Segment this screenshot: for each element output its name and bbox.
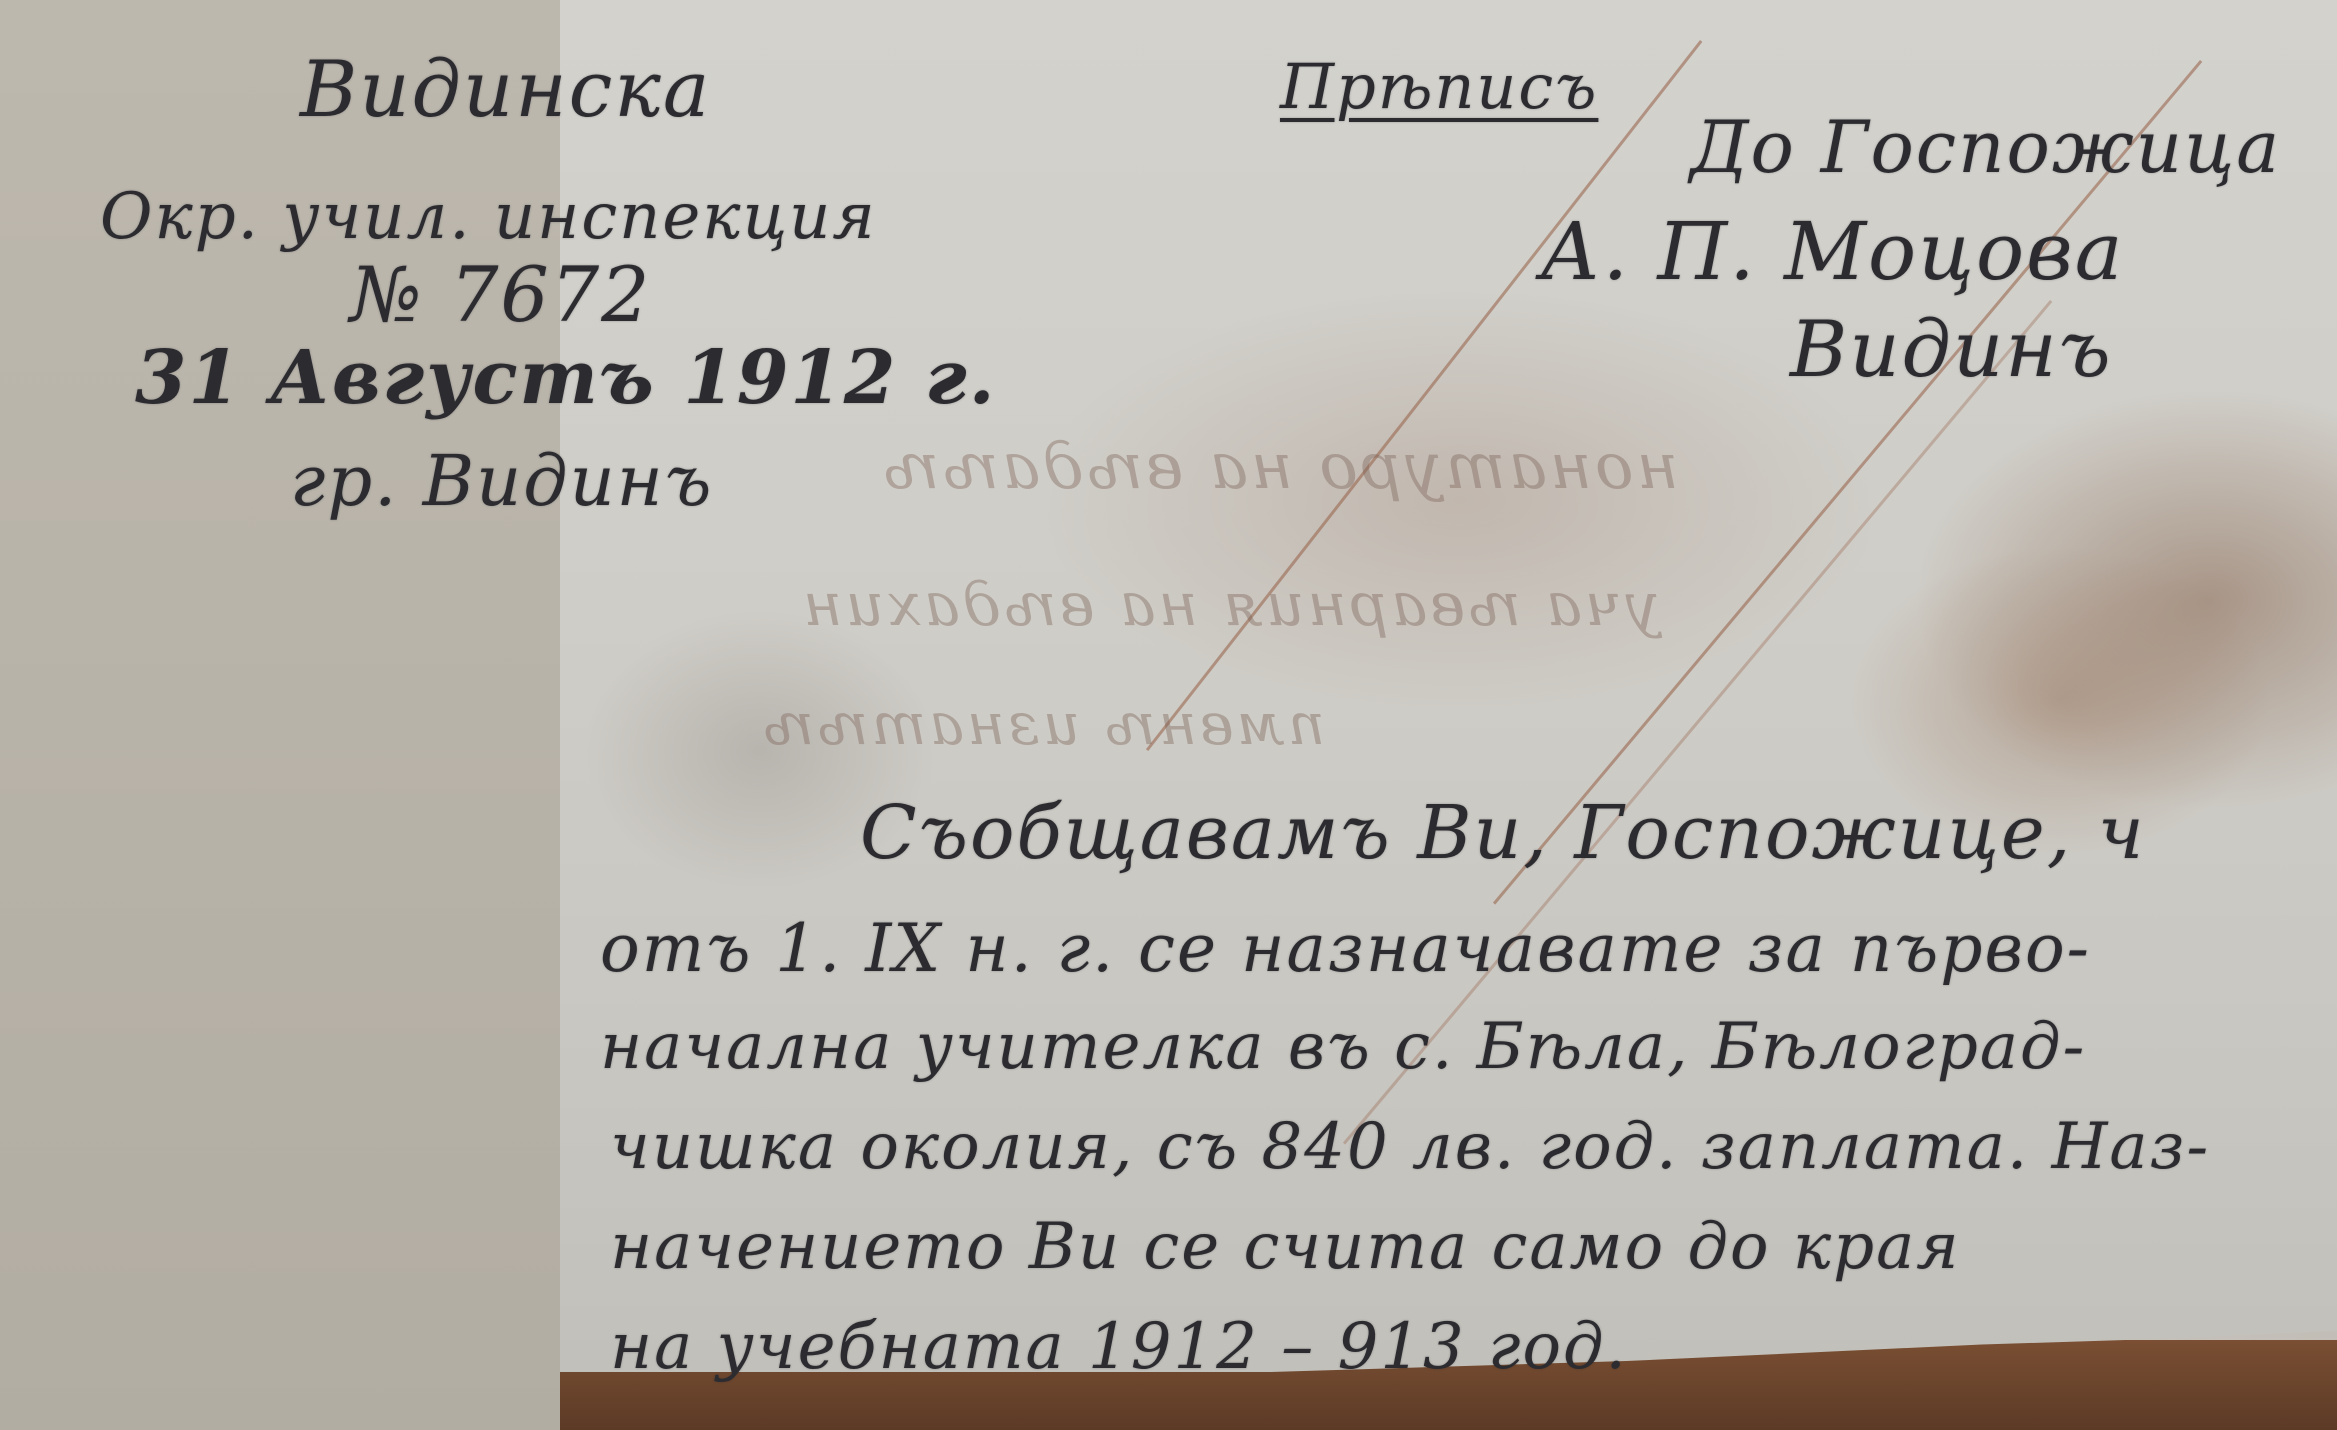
document-photo: нонатуро на вѣдаѣѣ уча ѣварния на вѣдахи… (0, 0, 2337, 1430)
addressee-city: Видинъ (1790, 305, 2113, 395)
header-district: Видинска (300, 45, 711, 135)
body-line-3: начална учителка въ с. Бѣла, Бѣлоград- (600, 1010, 2086, 1084)
body-line-5: начението Ви се счита само до края (610, 1210, 1961, 1284)
document-number: № 7672 (350, 250, 652, 339)
document-place: гр. Видинъ (290, 440, 713, 522)
header-inspectorate: Окр. учил. инспекция (100, 180, 877, 254)
addressee-name: А. П. Моцова (1540, 205, 2124, 298)
document-date: 31 Августъ 1912 г. (135, 335, 997, 421)
body-line-2: отъ 1. IX н. г. се назначавате за първо- (600, 910, 2091, 987)
body-line-4: чишка околия, съ 840 лв. год. заплата. Н… (610, 1110, 2210, 1184)
bleed-through-ink: уча ѣварния на вѣдахин (800, 570, 1660, 640)
addressee-title: До Госпожица (1690, 105, 2281, 189)
copy-label: Прѣписъ (1280, 50, 1598, 123)
body-line-1: Съобщавамъ Ви, Госпожице, ч (860, 790, 2146, 876)
body-line-6: на учебната 1912 – 913 год. (610, 1310, 1628, 1384)
bleed-through-ink: пмвнѣ изнатѣѣ (760, 690, 1325, 758)
bleed-through-ink: нонатуро на вѣдаѣѣ (880, 430, 1679, 504)
